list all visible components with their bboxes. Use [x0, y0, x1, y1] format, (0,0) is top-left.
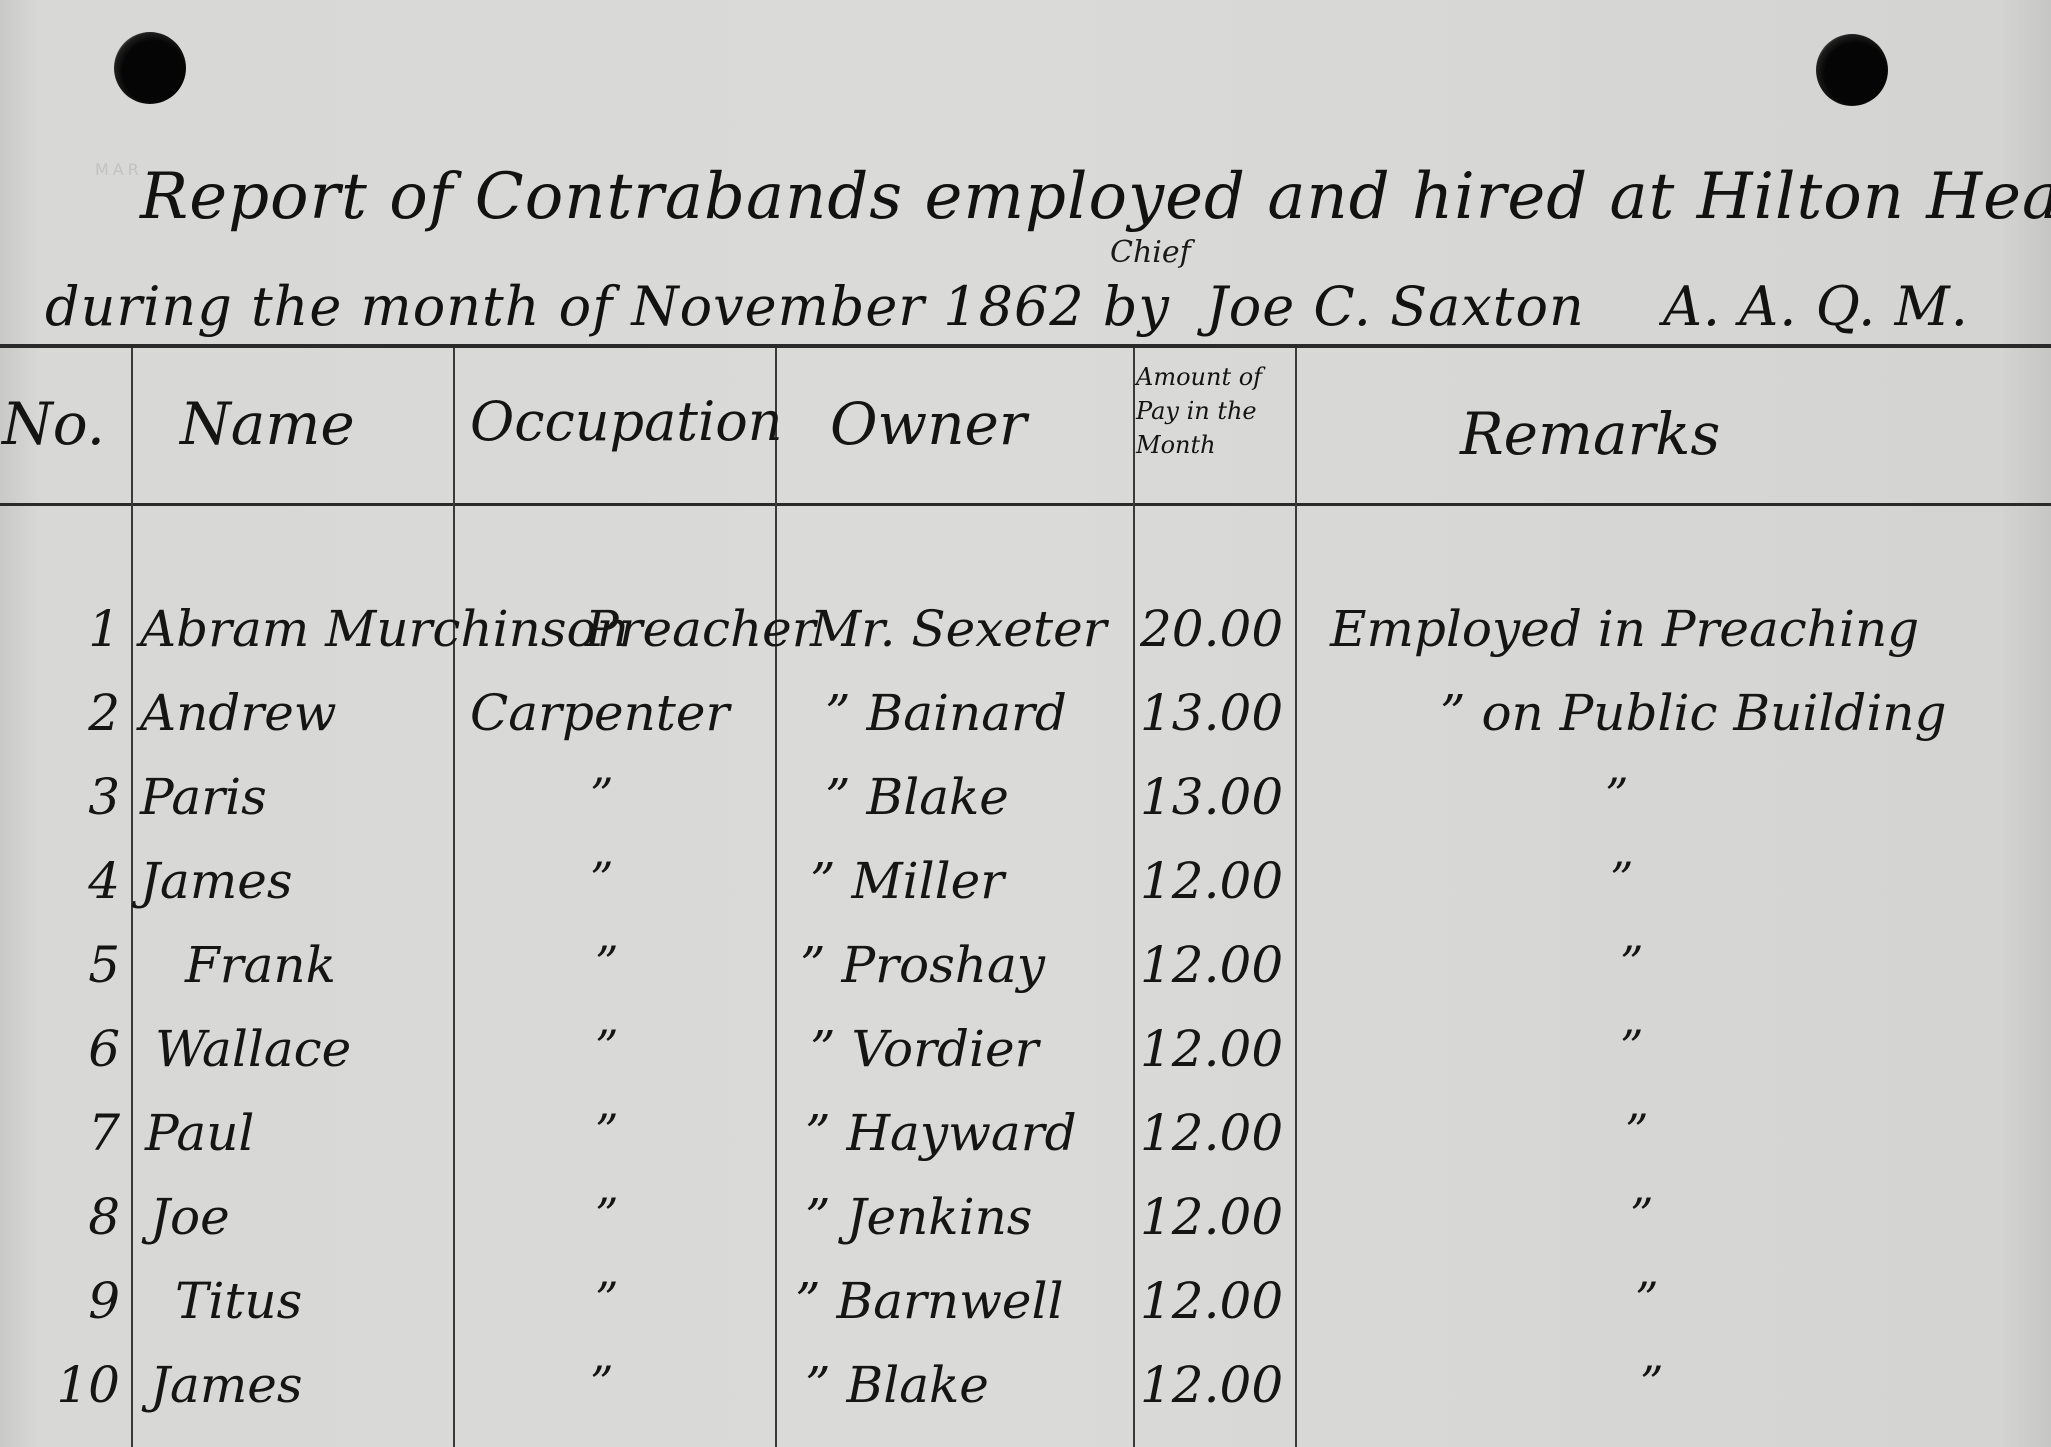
officer-rank: A. A. Q. M.	[1663, 275, 1969, 338]
row-name: Frank	[185, 936, 336, 994]
row-occupation: ”	[590, 768, 614, 822]
row-no: 7	[40, 1104, 120, 1162]
row-remarks: ”	[1605, 768, 1629, 822]
row-amount: 12.00	[1140, 1188, 1283, 1246]
table-row: 8 Joe ” ” Jenkins 12.00 ”	[0, 1188, 2051, 1272]
row-amount: 13.00	[1140, 768, 1283, 826]
table-row: 3 Paris ” ” Blake 13.00 ”	[0, 768, 2051, 852]
header-remarks: Remarks	[1460, 400, 1720, 468]
row-owner: ” Barnwell	[795, 1272, 1063, 1330]
row-no: 2	[40, 684, 120, 742]
row-no: 1	[40, 600, 120, 658]
row-name: James	[140, 852, 293, 910]
row-name: Paul	[145, 1104, 254, 1162]
row-owner: ” Hayward	[805, 1104, 1077, 1162]
row-name: James	[150, 1356, 303, 1414]
row-no: 4	[40, 852, 120, 910]
row-remarks: ”	[1620, 936, 1644, 990]
officer-name: Joe C. Saxton	[1206, 275, 1585, 338]
header-owner: Owner	[830, 390, 1027, 458]
row-amount: 12.00	[1140, 1104, 1283, 1162]
row-amount: 12.00	[1140, 852, 1283, 910]
row-occupation: ”	[595, 1020, 619, 1074]
header-occupation: Occupation	[470, 390, 783, 453]
row-occupation: ”	[590, 1356, 614, 1410]
row-remarks: ”	[1625, 1104, 1649, 1158]
header-bottom-rule	[0, 503, 2051, 506]
row-amount: 12.00	[1140, 936, 1283, 994]
row-name: Andrew	[140, 684, 337, 742]
row-amount: 20.00	[1140, 600, 1283, 658]
table-top-rule	[0, 344, 2051, 348]
table-row: 1 Abram Murchinson Preacher Mr. Sexeter …	[0, 600, 2051, 684]
row-no: 9	[40, 1272, 120, 1330]
row-remarks: ”	[1610, 852, 1634, 906]
row-occupation: ”	[590, 852, 614, 906]
row-owner: ” Vordier	[810, 1020, 1038, 1078]
table-row: 7 Paul ” ” Hayward 12.00 ”	[0, 1104, 2051, 1188]
report-title: Report of Contrabands employed and hired…	[140, 160, 2051, 234]
row-no: 5	[40, 936, 120, 994]
row-owner: ” Bainard	[825, 684, 1067, 742]
row-remarks: ”	[1640, 1356, 1664, 1410]
row-name: Joe	[150, 1188, 230, 1246]
row-name: Wallace	[155, 1020, 351, 1078]
punch-hole-left	[114, 32, 186, 104]
subtitle-prefix: during the month of November 1862 by	[45, 275, 1170, 338]
punch-hole-right	[1816, 34, 1888, 106]
row-remarks: Employed in Preaching	[1330, 600, 1919, 658]
row-owner: ” Jenkins	[805, 1188, 1032, 1246]
row-owner: ” Blake	[805, 1356, 989, 1414]
row-no: 3	[40, 768, 120, 826]
row-remarks: ”	[1630, 1188, 1654, 1242]
table-row: 9 Titus ” ” Barnwell 12.00 ”	[0, 1272, 2051, 1356]
row-amount: 12.00	[1140, 1356, 1283, 1414]
row-no: 8	[40, 1188, 120, 1246]
row-no: 10	[40, 1356, 120, 1414]
row-amount: 12.00	[1140, 1020, 1283, 1078]
title-insertion: Chief	[1110, 235, 1191, 270]
row-owner: ” Blake	[825, 768, 1009, 826]
row-remarks: ” on Public Building	[1440, 684, 1947, 742]
row-owner: ” Miller	[810, 852, 1004, 910]
row-occupation: ”	[595, 1104, 619, 1158]
row-remarks: ”	[1620, 1020, 1644, 1074]
row-occupation: Preacher	[585, 600, 816, 658]
row-name: Abram Murchinson	[140, 600, 629, 658]
report-subtitle: during the month of November 1862 by Joe…	[45, 275, 1969, 338]
header-name: Name	[180, 390, 355, 458]
row-amount: 12.00	[1140, 1272, 1283, 1330]
row-name: Titus	[175, 1272, 302, 1330]
row-occupation: ”	[595, 936, 619, 990]
row-occupation: ”	[595, 1188, 619, 1242]
table-row: 5 Frank ” ” Proshay 12.00 ”	[0, 936, 2051, 1020]
table-row: 6 Wallace ” ” Vordier 12.00 ”	[0, 1020, 2051, 1104]
row-amount: 13.00	[1140, 684, 1283, 742]
row-occupation: Carpenter	[470, 684, 729, 742]
row-name: Paris	[140, 768, 267, 826]
faded-stamp: MAR	[95, 160, 143, 179]
header-no: No.	[2, 390, 105, 458]
row-remarks: ”	[1635, 1272, 1659, 1326]
ledger-page: MAR Chief Report of Contrabands employed…	[0, 0, 2051, 1447]
table-row: 2 Andrew Carpenter ” Bainard 13.00 ” on …	[0, 684, 2051, 768]
table-row: 10 James ” ” Blake 12.00 ”	[0, 1356, 2051, 1440]
row-owner: Mr. Sexeter	[810, 600, 1107, 658]
row-occupation: ”	[595, 1272, 619, 1326]
header-amount: Amount of Pay in the Month	[1136, 360, 1296, 462]
row-no: 6	[40, 1020, 120, 1078]
row-owner: ” Proshay	[800, 936, 1045, 994]
table-row: 4 James ” ” Miller 12.00 ”	[0, 852, 2051, 936]
